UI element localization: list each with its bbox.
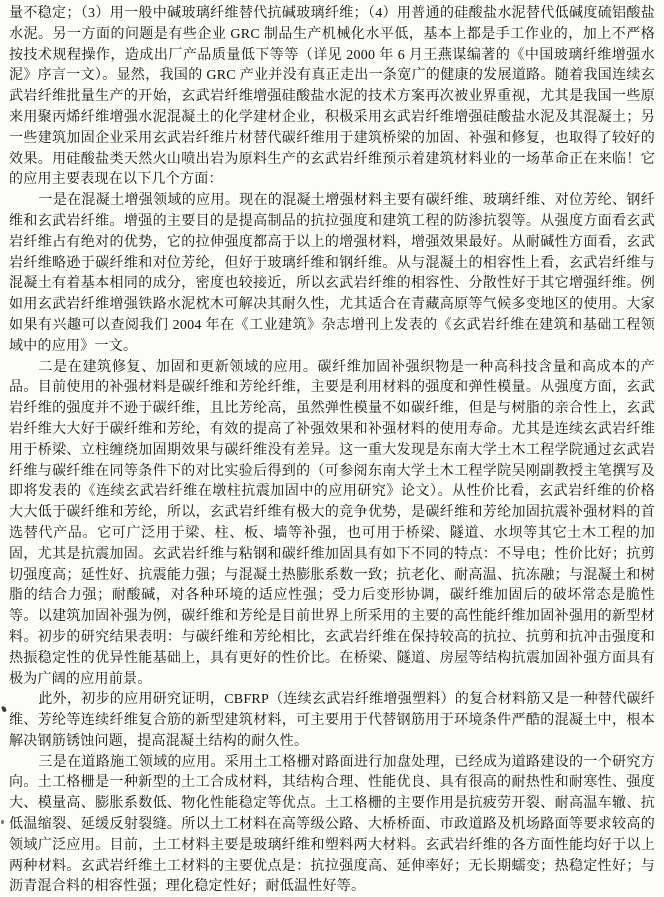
- paragraph-cbfrp-rebar: 此外，初步的应用研究证明，CBFRP（连续玄武岩纤维增强塑料）的复合材料筋又是一…: [9, 690, 655, 752]
- paragraph-building-repair-reinforcement: 二是在建筑修复、加固和更新领域的应用。碳纤维加固补强织物是一种高科技含量和高成本…: [9, 358, 655, 691]
- paragraph-road-construction: 三是在道路施工领域的应用。采用土工格栅对路面进行加盘处理，已经成为道路建设的一个…: [9, 753, 655, 894]
- document-page: 量不稳定；（3）用一般中碱玻璃纤维替代抗碱玻璃纤维；（4）用普通的硅酸盐水泥替代…: [9, 4, 655, 894]
- scan-speck: [1, 820, 4, 824]
- scan-speck: [1, 705, 7, 712]
- paragraph-grc-quality-issues: 量不稳定；（3）用一般中碱玻璃纤维替代抗碱玻璃纤维；（4）用普通的硅酸盐水泥替代…: [9, 4, 655, 191]
- paragraph-concrete-reinforcement: 一是在混凝土增强领域的应用。现在的混凝土增强材料主要有碳纤维、玻璃纤维、对位芳纶…: [9, 191, 655, 357]
